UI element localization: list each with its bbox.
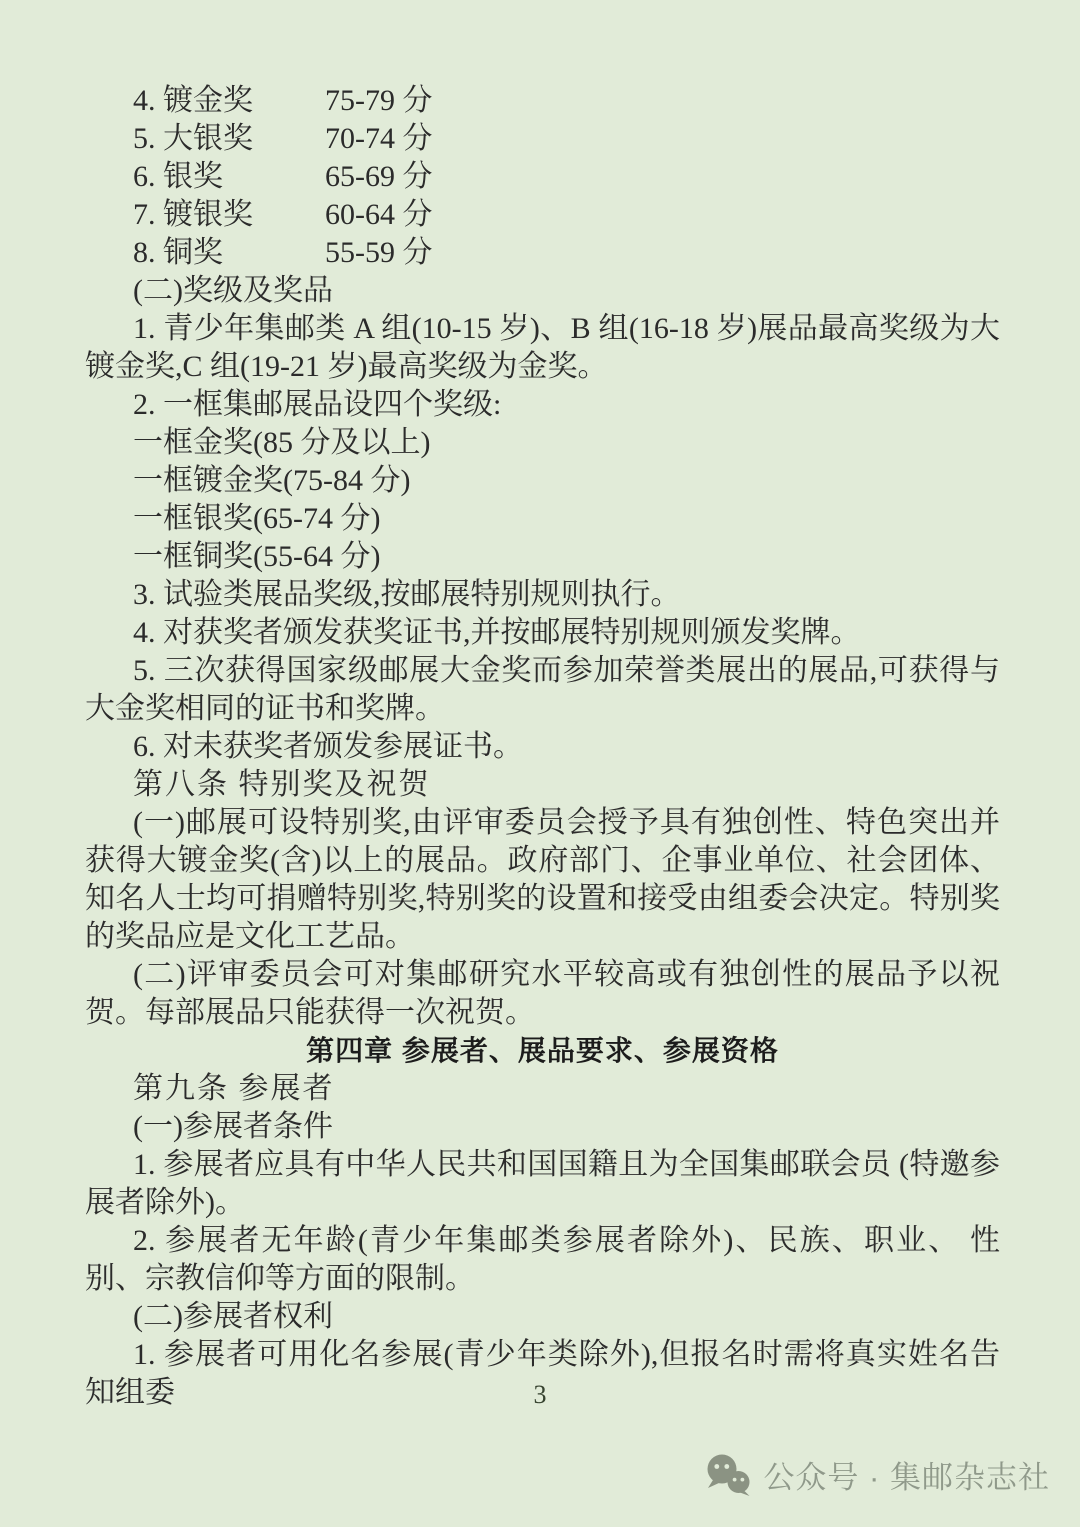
- award-grade-row: 6. 银奖65-69 分: [85, 158, 1000, 196]
- paragraph-nationality-requirement: 1. 参展者应具有中华人民共和国国籍且为全国集邮联会员 (特邀参展者除外)。: [85, 1146, 1000, 1222]
- paragraph-one-frame-vermeil: 一框镀金奖(75-84 分): [85, 462, 1000, 500]
- paragraph-honor-class: 5. 三次获得国家级邮展大金奖而参加荣誉类展出的展品,可获得与大金奖相同的证书和…: [85, 652, 1000, 728]
- paragraph-one-frame-silver: 一框银奖(65-74 分): [85, 500, 1000, 538]
- paragraph-exhibitor-rights: (二)参展者权利: [85, 1298, 1000, 1336]
- award-grade-score: 65-69 分: [325, 160, 433, 193]
- wechat-icon: [705, 1454, 753, 1496]
- award-grade-score: 75-79 分: [325, 84, 433, 117]
- award-grade-row: 7. 镀银奖60-64 分: [85, 196, 1000, 234]
- page-number: 3: [0, 1380, 1080, 1410]
- award-grade-name: 5. 大银奖: [133, 120, 325, 158]
- paragraph-youth-grades: 1. 青少年集邮类 A 组(10-15 岁)、B 组(16-18 岁)展品最高奖…: [85, 310, 1000, 386]
- paragraph-experimental-class: 3. 试验类展品奖级,按邮展特别规则执行。: [85, 576, 1000, 614]
- article-8-heading: 第八条 特别奖及祝贺: [85, 766, 1000, 804]
- award-grade-name: 6. 银奖: [133, 158, 325, 196]
- watermark-text: 公众号 · 集邮杂志社: [763, 1452, 1050, 1497]
- watermark: 公众号 · 集邮杂志社: [705, 1452, 1050, 1497]
- award-grade-score: 70-74 分: [325, 122, 433, 155]
- award-grade-name: 8. 铜奖: [133, 234, 325, 272]
- paragraph-one-frame-bronze: 一框铜奖(55-64 分): [85, 538, 1000, 576]
- paragraph-participation-certificate: 6. 对未获奖者颁发参展证书。: [85, 728, 1000, 766]
- paragraph-special-awards: (一)邮展可设特别奖,由评审委员会授予具有独创性、特色突出并获得大镀金奖(含)以…: [85, 804, 1000, 956]
- award-grade-name: 7. 镀银奖: [133, 196, 325, 234]
- chapter-4-heading: 第四章 参展者、展品要求、参展资格: [85, 1032, 1000, 1070]
- award-grade-name: 4. 镀金奖: [133, 82, 325, 120]
- paragraph-no-restrictions: 2. 参展者无年龄(青少年集邮类参展者除外)、民族、职业、 性别、宗教信仰等方面…: [85, 1222, 1000, 1298]
- paragraph-certificates: 4. 对获奖者颁发获奖证书,并按邮展特别规则颁发奖牌。: [85, 614, 1000, 652]
- award-grade-score: 60-64 分: [325, 198, 433, 231]
- paragraph-one-frame-intro: 2. 一框集邮展品设四个奖级:: [85, 386, 1000, 424]
- award-grade-row: 5. 大银奖70-74 分: [85, 120, 1000, 158]
- paragraph-one-frame-gold: 一框金奖(85 分及以上): [85, 424, 1000, 462]
- paragraph-award-levels-heading: (二)奖级及奖品: [85, 272, 1000, 310]
- award-grade-score: 55-59 分: [325, 236, 433, 269]
- paragraph-exhibitor-conditions: (一)参展者条件: [85, 1108, 1000, 1146]
- document-page: 4. 镀金奖75-79 分 5. 大银奖70-74 分 6. 银奖65-69 分…: [0, 0, 1080, 1527]
- paragraph-felicitations: (二)评审委员会可对集邮研究水平较高或有独创性的展品予以祝贺。每部展品只能获得一…: [85, 956, 1000, 1032]
- article-9-heading: 第九条 参展者: [85, 1070, 1000, 1108]
- award-grade-row: 4. 镀金奖75-79 分: [85, 82, 1000, 120]
- document-content: 4. 镀金奖75-79 分 5. 大银奖70-74 分 6. 银奖65-69 分…: [85, 82, 1000, 1412]
- award-grade-row: 8. 铜奖55-59 分: [85, 234, 1000, 272]
